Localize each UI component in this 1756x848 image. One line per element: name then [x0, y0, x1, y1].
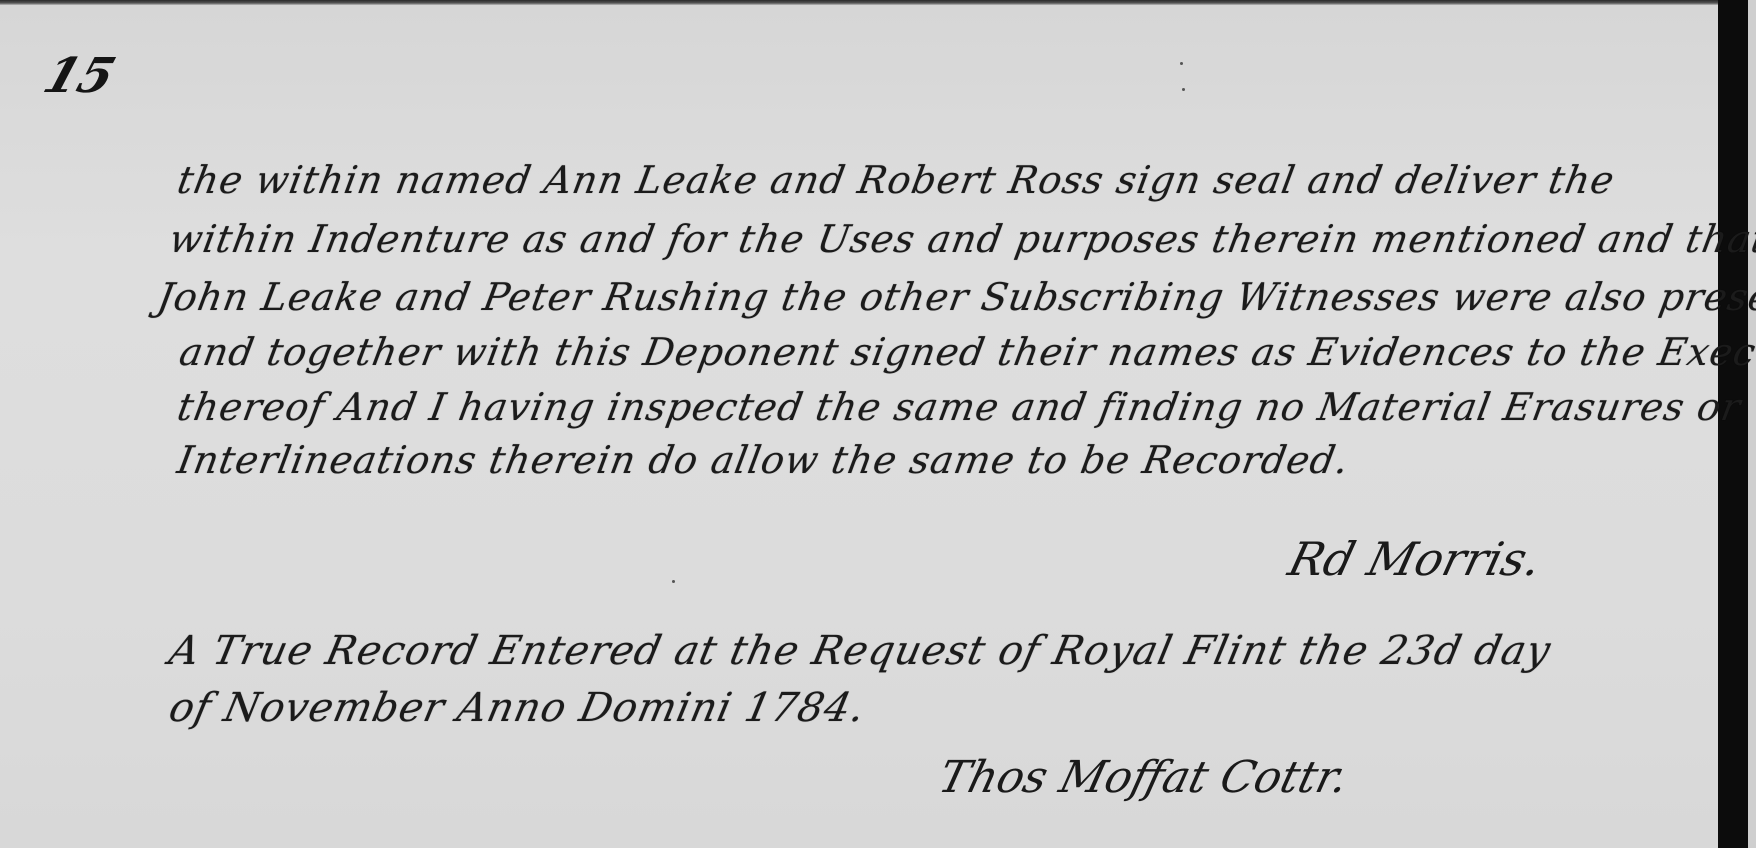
paper-speck	[1182, 88, 1185, 91]
record-line-1: A True Record Entered at the Request of …	[165, 628, 1555, 674]
body-line-3: John Leake and Peter Rushing the other S…	[154, 275, 1756, 319]
body-line-4: and together with this Deponent signed t…	[176, 330, 1756, 374]
body-line-1: the within named Ann Leake and Robert Ro…	[174, 158, 1682, 202]
signature-clerk: Thos Moffat Cottr.	[934, 752, 1354, 803]
record-line-2: of November Anno Domini 1784.	[165, 685, 870, 731]
adjacent-page-strip	[1748, 0, 1756, 848]
body-line-2: within Indenture as and for the Uses and…	[166, 217, 1756, 261]
paper-speck	[1180, 62, 1183, 65]
page-top-edge	[0, 0, 1756, 5]
page-number: 15	[37, 48, 122, 104]
body-line-5: thereof And I having inspected the same …	[174, 385, 1745, 429]
body-line-6: Interlineations therein do allow the sam…	[174, 438, 1353, 482]
scanned-document-page: 15 the within named Ann Leake and Robert…	[0, 0, 1756, 848]
paper-speck	[672, 580, 675, 583]
signature-deponent: Rd Morris.	[1283, 532, 1547, 586]
